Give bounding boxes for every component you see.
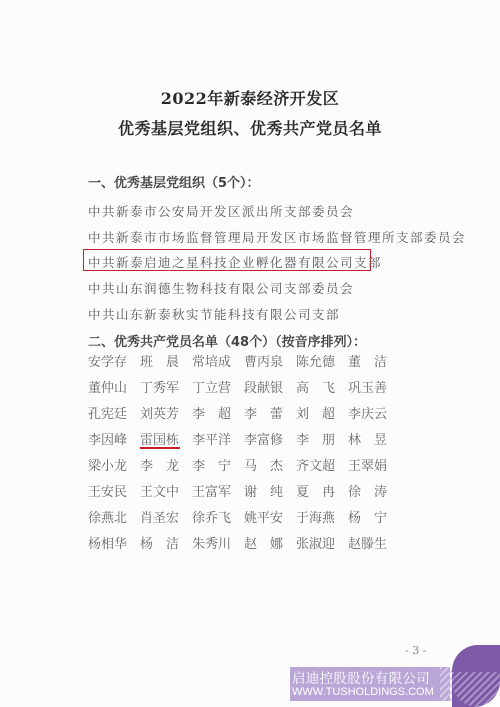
name-row: 杨相华 杨 洁 朱秀川 赵 娜 张淑迎 赵滕生 [88,533,400,559]
member-name: 刘英芳 [140,403,192,429]
member-name: 徐 涛 [348,481,400,507]
member-name: 曹丙泉 [244,351,296,377]
watermark-website: WWW.TUSHOLDINGS.COM [292,686,434,698]
member-name: 李 宁 [192,455,244,481]
org-item: 中共山东新泰秋实节能科技有限公司支部 [88,305,340,323]
member-name: 李 朋 [296,429,348,455]
member-name: 马 杰 [244,455,296,481]
member-name: 王文中 [140,481,192,507]
member-name: 姚平安 [244,507,296,533]
org-item: 中共新泰市市场监督管理局开发区市场监督管理所支部委员会 [88,228,466,246]
member-name: 李因峰 [88,429,140,455]
name-row: 徐燕北 肖圣宏 徐乔飞 姚平安 于海燕 杨 宁 [88,507,400,533]
member-name: 班 晨 [140,351,192,377]
member-name: 杨 宁 [348,507,400,533]
member-name: 王安民 [88,481,140,507]
member-name: 刘 超 [296,403,348,429]
document-title-line1: 2022年新泰经济开发区 [0,86,500,109]
member-name: 孔宪廷 [88,403,140,429]
underline-mark [140,447,180,449]
section2-heading: 二、优秀共产党员名单（48个）（按音序排列）： [88,331,366,350]
member-name: 陈允德 [296,351,348,377]
member-name: 赵 娜 [244,533,296,559]
member-name: 张淑迎 [296,533,348,559]
name-row: 董仲山 丁秀军 丁立营 段献银 高 飞 巩玉善 [88,377,400,403]
member-name: 徐燕北 [88,507,140,533]
member-name: 杨 洁 [140,533,192,559]
member-name: 赵滕生 [348,533,400,559]
member-name: 李庆云 [348,403,400,429]
member-name: 丁立营 [192,377,244,403]
member-name: 董仲山 [88,377,140,403]
name-row: 孔宪廷 刘英芳 李 超 李 蕾 刘 超 李庆云 [88,403,400,429]
member-name: 夏 冉 [296,481,348,507]
org-item: 中共新泰市公安局开发区派出所支部委员会 [88,202,354,220]
member-name: 李富修 [244,429,296,455]
member-name: 巩玉善 [348,377,400,403]
member-names-grid: 安学存 班 晨 常培成 曹丙泉 陈允德 董 洁 董仲山 丁秀军 丁立营 段献银 … [88,351,400,559]
member-name: 齐文超 [296,455,348,481]
member-name: 常培成 [192,351,244,377]
member-name: 李 龙 [140,455,192,481]
member-name: 李 超 [192,403,244,429]
member-name: 林 昱 [348,429,400,455]
name-row: 梁小龙 李 龙 李 宁 马 杰 齐文超 王翠娟 [88,455,400,481]
member-name: 段献银 [244,377,296,403]
member-name: 谢 纯 [244,481,296,507]
org-item-highlighted: 中共新泰启迪之星科技企业孵化器有限公司支部 [88,253,382,271]
name-row: 李因峰 雷国栋 李平洋 李富修 李 朋 林 昱 [88,429,400,455]
watermark-company-name: 启迪控股股份有限公司 [292,667,430,687]
member-name-underlined: 雷国栋 [140,429,192,455]
member-name: 李平洋 [192,429,244,455]
member-name: 徐乔飞 [192,507,244,533]
section1-heading: 一、优秀基层党组织（5个）： [88,172,260,191]
org-item: 中共山东润德生物科技有限公司支部委员会 [88,279,354,297]
member-name: 李 蕾 [244,403,296,429]
member-name: 丁秀军 [140,377,192,403]
page-number: - 3 - [405,644,426,657]
member-name: 肖圣宏 [140,507,192,533]
member-name: 安学存 [88,351,140,377]
member-name: 朱秀川 [192,533,244,559]
member-name: 王翠娟 [348,455,400,481]
name-row: 王安民 王文中 王富军 谢 纯 夏 冉 徐 涛 [88,481,400,507]
member-name: 于海燕 [296,507,348,533]
member-name: 董 洁 [348,351,400,377]
name-row: 安学存 班 晨 常培成 曹丙泉 陈允德 董 洁 [88,351,400,377]
member-name-text: 雷国栋 [140,433,179,448]
member-name: 杨相华 [88,533,140,559]
member-name: 王富军 [192,481,244,507]
document-title-line2: 优秀基层党组织、优秀共产党员名单 [0,116,500,139]
member-name: 高 飞 [296,377,348,403]
member-name: 梁小龙 [88,455,140,481]
document-page: 2022年新泰经济开发区 优秀基层党组织、优秀共产党员名单 一、优秀基层党组织（… [0,0,500,707]
